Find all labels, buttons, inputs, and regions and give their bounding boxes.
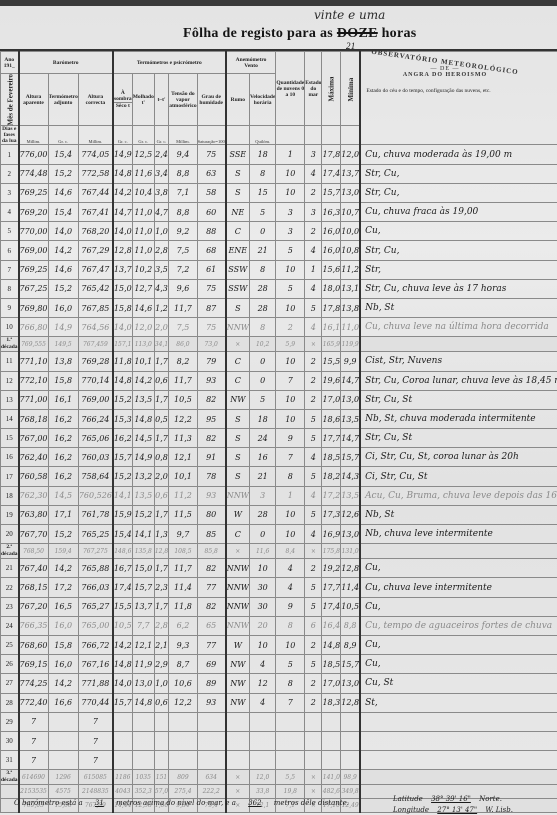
cell-m: 14,9	[132, 448, 154, 467]
cell-m: 14,6	[132, 298, 154, 317]
cell-max: 17,4	[322, 164, 341, 183]
cell-v: 9,4	[169, 145, 197, 164]
cell-ac: 769,00	[78, 390, 113, 409]
cell-r: S	[226, 298, 250, 317]
cell-vel: 12	[249, 674, 275, 693]
cell-ac: 765,06	[78, 429, 113, 448]
cell-s: 14,8	[113, 655, 132, 674]
cell-s: 148,6	[113, 544, 132, 559]
day-row: 9769,8016,0767,8515,814,61,211,787S28105…	[1, 298, 557, 317]
observation-cell: Str, Cu,	[360, 164, 557, 183]
cell-n: 5	[276, 241, 305, 260]
observation-cell: Ci, Str, Cu, St, coroa lunar às 20h	[360, 448, 557, 467]
cell-h	[197, 751, 226, 770]
cell-tb: 15,2	[48, 279, 78, 298]
observation-cell: Str,	[360, 260, 557, 279]
summary-row: 1.ª década769,555149,5767,459157,1113,03…	[1, 337, 557, 352]
cell-d: 2,1	[154, 635, 168, 654]
cell-ac: 767,29	[78, 241, 113, 260]
day-row: 3077	[1, 731, 557, 750]
day-cell: 25	[1, 635, 19, 654]
cell-tb: 14,2	[48, 241, 78, 260]
cell-mar: 2	[305, 183, 322, 202]
unit-cell: Gr. c.	[113, 126, 132, 145]
cell-tb: 15,4	[48, 203, 78, 222]
cell-r: NW	[226, 655, 250, 674]
cell-max: 19,2	[322, 559, 341, 578]
observation-cell: Cu, tempo de aguaceiros fortes de chuva	[360, 616, 557, 635]
cell-v: 9,2	[169, 222, 197, 241]
day-cell: 23	[1, 597, 19, 616]
cell-max: 17,8	[322, 145, 341, 164]
latitude-value: 38° 39' 16"	[425, 795, 477, 803]
cell-max: 17,4	[322, 597, 341, 616]
cell-mar: 3	[305, 203, 322, 222]
cell-m: 10,1	[132, 352, 154, 371]
cell-vel: 10	[249, 559, 275, 578]
cell-s: 15,3	[113, 409, 132, 428]
day-row: 1776,0015,4774,0514,912,52,49,475SSE1813…	[1, 145, 557, 164]
cell-v: 275,4	[169, 785, 197, 799]
cell-ac: 766,03	[78, 578, 113, 597]
wind-dir-header: Rumo	[226, 74, 250, 126]
cell-vel: 30	[249, 578, 275, 597]
day-row: 27774,2514,2771,8814,013,01,010,689NW128…	[1, 674, 557, 693]
observation-cell: Str, Cu, chuva leve às 17 horas	[360, 279, 557, 298]
cell-s: 1186	[113, 770, 132, 785]
cell-mar: 5	[305, 505, 322, 524]
cell-mar: 4	[305, 486, 322, 505]
cell-ap: 769,25	[19, 183, 49, 202]
cell-d: 1,7	[154, 352, 168, 371]
observation-cell: Nb, St, chuva moderada intermitente	[360, 409, 557, 428]
cell-tb: 14,5	[48, 486, 78, 505]
cell-ap: 767,25	[19, 279, 49, 298]
cell-d: 2,0	[154, 467, 168, 486]
cell-vel: 28	[249, 298, 275, 317]
cell-m: 1035	[132, 770, 154, 785]
day-cell: 3.ª década	[1, 770, 19, 785]
dry-header: À sombraSêco t	[113, 74, 132, 126]
cell-n: 1	[276, 145, 305, 164]
cell-min: 13,5	[341, 409, 360, 428]
cell-ac: 2148835	[78, 785, 113, 799]
cell-m: 14,8	[132, 693, 154, 712]
cell-h: 82	[197, 429, 226, 448]
form-title: Fôlha de registo para as DOZE horas 21	[183, 26, 417, 42]
cell-ap: 776,00	[19, 145, 49, 164]
cell-s	[113, 751, 132, 770]
cell-vel: 21	[249, 467, 275, 486]
cell-v: 8,2	[169, 352, 197, 371]
cell-h: 93	[197, 371, 226, 390]
observation-cell: Cu, St	[360, 674, 557, 693]
cell-m	[132, 712, 154, 731]
cell-s	[113, 731, 132, 750]
cell-v: 108,5	[169, 544, 197, 559]
cell-mar: 5	[305, 298, 322, 317]
day-cell: 12	[1, 371, 19, 390]
observatory-stamp: OBSERVATÓRIO METEOROLÓGICO — DE — ANGRA …	[370, 58, 520, 78]
cell-d: 0,8	[154, 448, 168, 467]
cell-d	[154, 712, 168, 731]
cell-ap: 769,80	[19, 298, 49, 317]
cell-v	[169, 731, 197, 750]
cell-d: 2,8	[154, 241, 168, 260]
cell-ap: 2153535	[19, 785, 49, 799]
cell-s: 15,8	[113, 298, 132, 317]
cell-m: 12,7	[132, 279, 154, 298]
cell-mar: 4	[305, 279, 322, 298]
day-cell: 16	[1, 448, 19, 467]
cell-v: 10,6	[169, 674, 197, 693]
year-cell: Ano191_	[1, 52, 19, 74]
cell-tb: 15,2	[48, 525, 78, 544]
cell-r: SSE	[226, 145, 250, 164]
cell-max: 17,7	[322, 578, 341, 597]
cell-h: 60	[197, 203, 226, 222]
cell-m: 15,7	[132, 578, 154, 597]
cell-ac: 764,56	[78, 318, 113, 337]
cell-r: ENE	[226, 241, 250, 260]
cell-h: 82	[197, 597, 226, 616]
cell-max: 18,5	[322, 655, 341, 674]
unit-cell: Gr. c.	[48, 126, 78, 145]
observation-cell: Cu, chuva leve na última hora decorrida	[360, 318, 557, 337]
cell-v: 86,0	[169, 337, 197, 352]
cell-r: W	[226, 505, 250, 524]
observation-cell: Nb, St	[360, 298, 557, 317]
cell-v: 8,8	[169, 164, 197, 183]
cell-tb: 14,6	[48, 260, 78, 279]
observation-cell: Str, Cu,	[360, 241, 557, 260]
cell-mar: 2	[305, 222, 322, 241]
cell-tb: 14,2	[48, 559, 78, 578]
day-row: 12772,1015,8770,1414,814,20,611,793C0721…	[1, 371, 557, 390]
day-cell: 27	[1, 674, 19, 693]
cell-h: 89	[197, 674, 226, 693]
observation-cell	[360, 751, 557, 770]
cell-max: 17,0	[322, 674, 341, 693]
cell-h: 95	[197, 409, 226, 428]
cell-min: 13,0	[341, 674, 360, 693]
cell-v: 11,5	[169, 505, 197, 524]
cell-min	[341, 751, 360, 770]
day-row: 8767,2515,2765,4215,012,74,39,675SSW2854…	[1, 279, 557, 298]
cell-tb: 15,2	[48, 164, 78, 183]
cell-tb: 15,8	[48, 371, 78, 390]
cell-d: 0,5	[154, 409, 168, 428]
day-row: 22768,1517,2766,0317,415,72,311,477NNW30…	[1, 578, 557, 597]
cell-n	[276, 731, 305, 750]
cell-tb	[48, 731, 78, 750]
cell-max: 17,2	[322, 486, 341, 505]
observation-cell	[360, 337, 557, 352]
cell-max: 16,1	[322, 318, 341, 337]
cell-mar	[305, 712, 322, 731]
cell-ap: 769,555	[19, 337, 49, 352]
cell-v: 9,7	[169, 525, 197, 544]
cell-v: 809	[169, 770, 197, 785]
cell-tb: 16,0	[48, 616, 78, 635]
observation-cell: Ci, Str, Cu, St	[360, 467, 557, 486]
cell-n: 10	[276, 352, 305, 371]
cell-m: 352,3	[132, 785, 154, 799]
cell-h	[197, 712, 226, 731]
cell-d: 4,3	[154, 279, 168, 298]
cell-m	[132, 731, 154, 750]
cell-s: 14,0	[113, 674, 132, 693]
cell-vel: 11,6	[249, 544, 275, 559]
cell-r: W	[226, 635, 250, 654]
cell-d: 2,9	[154, 655, 168, 674]
day-cell: 3	[1, 183, 19, 202]
cell-mar: 5	[305, 655, 322, 674]
cell-s: 16,7	[113, 559, 132, 578]
cell-mar: 5	[305, 578, 322, 597]
cell-s: 157,1	[113, 337, 132, 352]
day-cell: 7	[1, 260, 19, 279]
day-cell: 1	[1, 145, 19, 164]
cell-max: 18,0	[322, 279, 341, 298]
cell-n: 5,9	[276, 337, 305, 352]
cell-n: 9	[276, 429, 305, 448]
cell-ac: 772,58	[78, 164, 113, 183]
cell-mar	[305, 731, 322, 750]
cell-v: 11,7	[169, 559, 197, 578]
cell-m: 12,0	[132, 318, 154, 337]
cell-mar: 1	[305, 260, 322, 279]
cell-r: S	[226, 429, 250, 448]
cell-ap: 769,15	[19, 655, 49, 674]
cell-h: 65	[197, 616, 226, 635]
cell-ac: 767,41	[78, 203, 113, 222]
day-row: 2977	[1, 712, 557, 731]
cell-s: 4043	[113, 785, 132, 799]
cell-ac: 768,20	[78, 222, 113, 241]
cell-v: 9,3	[169, 635, 197, 654]
cell-d: 34,1	[154, 337, 168, 352]
cell-max: 141,0	[322, 770, 341, 785]
cell-h: 93	[197, 693, 226, 712]
cell-v	[169, 712, 197, 731]
observation-cell	[360, 544, 557, 559]
cell-vel	[249, 751, 275, 770]
day-cell: 14	[1, 409, 19, 428]
cell-s: 14,0	[113, 222, 132, 241]
cell-d: 1,7	[154, 505, 168, 524]
unit-cell: Saturação=100	[197, 126, 226, 145]
bar-thermo-header: Termómetro adjunto	[48, 74, 78, 126]
vapor-header: Tensão do vapor atmosférico	[169, 74, 197, 126]
cell-vel: 20	[249, 616, 275, 635]
cell-v: 11,2	[169, 486, 197, 505]
cell-min: 9,9	[341, 352, 360, 371]
cell-mar: 4	[305, 164, 322, 183]
day-row: 13771,0016,1769,0015,213,51,710,582NW510…	[1, 390, 557, 409]
cell-min: 131,0	[341, 544, 360, 559]
cell-v: 8,8	[169, 203, 197, 222]
cell-s: 15,4	[113, 525, 132, 544]
cell-r: ×	[226, 337, 250, 352]
coordinates: Latitude 38° 39' 16" Norte. Longitude 27…	[393, 794, 513, 815]
cell-max: 18,5	[322, 448, 341, 467]
unit-cell: Millim.	[169, 126, 197, 145]
cell-max: 165,9	[322, 337, 341, 352]
cell-ap: 766,35	[19, 616, 49, 635]
cell-h	[197, 731, 226, 750]
cell-s: 17,4	[113, 578, 132, 597]
cell-min: 13,0	[341, 525, 360, 544]
cell-mar: 2	[305, 352, 322, 371]
cell-n: 8	[276, 467, 305, 486]
cell-ap: 769,25	[19, 260, 49, 279]
cell-vel: 0	[249, 525, 275, 544]
cell-mar: 4	[305, 318, 322, 337]
observation-cell: Cu, chuva leve intermitente	[360, 578, 557, 597]
day-cell: 29	[1, 712, 19, 731]
cell-max: 17,3	[322, 505, 341, 524]
cell-ac: 767,47	[78, 260, 113, 279]
day-cell: 17	[1, 467, 19, 486]
cell-n: 10	[276, 635, 305, 654]
day-cell: 13	[1, 390, 19, 409]
cell-max: 19,6	[322, 371, 341, 390]
day-row: 6769,0014,2767,2912,811,02,87,568ENE2154…	[1, 241, 557, 260]
cell-min: 119,9	[341, 337, 360, 352]
cell-min: 14,3	[341, 467, 360, 486]
cell-max: 16,0	[322, 241, 341, 260]
cell-tb: 14,6	[48, 183, 78, 202]
cell-ap: 762,40	[19, 448, 49, 467]
longitude-value: 27° 13' 47"	[431, 806, 483, 814]
cell-h: 63	[197, 164, 226, 183]
day-cell: 20	[1, 525, 19, 544]
cell-tb	[48, 751, 78, 770]
cell-vel: 28	[249, 279, 275, 298]
cell-ap: 7	[19, 751, 49, 770]
cell-mar: ×	[305, 337, 322, 352]
cell-r: NNW	[226, 559, 250, 578]
cell-s: 14,2	[113, 183, 132, 202]
cell-m: 113,0	[132, 337, 154, 352]
cell-n: 5	[276, 655, 305, 674]
cell-tb: 14,0	[48, 222, 78, 241]
cell-h: 93	[197, 486, 226, 505]
day-cell: 15	[1, 429, 19, 448]
anemometer-header: AnemómetroVento	[226, 52, 276, 74]
cell-v: 7,2	[169, 260, 197, 279]
cell-r	[226, 731, 250, 750]
unit-cell: Millim.	[19, 126, 49, 145]
cell-mar: 4	[305, 525, 322, 544]
cell-h: 61	[197, 260, 226, 279]
cell-s: 15,7	[113, 693, 132, 712]
cell-n: 7	[276, 371, 305, 390]
cell-min: 10,0	[341, 222, 360, 241]
cell-m: 10,2	[132, 260, 154, 279]
cell-h: 73,0	[197, 337, 226, 352]
cell-h: 88	[197, 222, 226, 241]
cell-min: 10,5	[341, 597, 360, 616]
cell-vel: 33,8	[249, 785, 275, 799]
cell-tb: 16,1	[48, 390, 78, 409]
day-cell: 18	[1, 486, 19, 505]
cell-ap: 763,80	[19, 505, 49, 524]
cell-r: C	[226, 525, 250, 544]
observation-cell: Nb, St	[360, 505, 557, 524]
cell-d: 2,4	[154, 145, 168, 164]
cell-m: 135,8	[132, 544, 154, 559]
day-cell: 6	[1, 241, 19, 260]
cell-tb: 16,0	[48, 298, 78, 317]
cell-vel: 4	[249, 693, 275, 712]
cell-mar: 5	[305, 429, 322, 448]
observation-cell: Acu, Cu, Bruma, chuva leve depois das 16…	[360, 486, 557, 505]
day-row: 19763,8017,1761,7815,915,21,711,580W2810…	[1, 505, 557, 524]
cell-ac: 765,25	[78, 525, 113, 544]
day-cell: 28	[1, 693, 19, 712]
cell-n: 3	[276, 222, 305, 241]
cell-m: 10,4	[132, 183, 154, 202]
cell-r: S	[226, 164, 250, 183]
cell-s: 15,7	[113, 448, 132, 467]
day-cell: 1.ª década	[1, 337, 19, 352]
cell-vel: 18	[249, 145, 275, 164]
cell-mar: 3	[305, 145, 322, 164]
cell-vel: 0	[249, 352, 275, 371]
cell-ap: 771,00	[19, 390, 49, 409]
cell-r	[226, 712, 250, 731]
day-row: 15767,0016,2765,0616,214,51,711,382S2495…	[1, 429, 557, 448]
cell-h: 77	[197, 635, 226, 654]
cell-v: 8,7	[169, 655, 197, 674]
unit-cell	[305, 126, 322, 145]
unit-cell	[226, 126, 250, 145]
day-cell: 2	[1, 164, 19, 183]
cell-vel: 12,0	[249, 770, 275, 785]
cell-m: 14,8	[132, 409, 154, 428]
cell-ap: 768,15	[19, 578, 49, 597]
cell-vel: 21	[249, 241, 275, 260]
cell-h: 58	[197, 183, 226, 202]
cell-n: 8	[276, 616, 305, 635]
cell-ac: 7	[78, 751, 113, 770]
title-hour-struck: DOZE	[337, 26, 378, 41]
cell-tb: 16,2	[48, 429, 78, 448]
cell-max: 15,5	[322, 352, 341, 371]
cell-ac: 765,27	[78, 597, 113, 616]
day-cell: 22	[1, 578, 19, 597]
cell-vel: 8	[249, 318, 275, 337]
day-row: 10766,8014,9764,5614,012,02,07,575NNW824…	[1, 318, 557, 337]
cell-h: 80	[197, 505, 226, 524]
cell-m: 11,9	[132, 655, 154, 674]
cell-ap: 768,60	[19, 635, 49, 654]
cell-n: 7	[276, 448, 305, 467]
day-cell: 8	[1, 279, 19, 298]
cell-r: NNW	[226, 486, 250, 505]
cell-r: NE	[226, 203, 250, 222]
cell-v: 7,1	[169, 183, 197, 202]
unit-cell	[276, 126, 305, 145]
cell-r: S	[226, 183, 250, 202]
cell-d: 4,7	[154, 203, 168, 222]
cell-max: 16,4	[322, 616, 341, 635]
cell-max: 16,3	[322, 203, 341, 222]
cell-r: NNW	[226, 616, 250, 635]
cell-v: 11,4	[169, 578, 197, 597]
